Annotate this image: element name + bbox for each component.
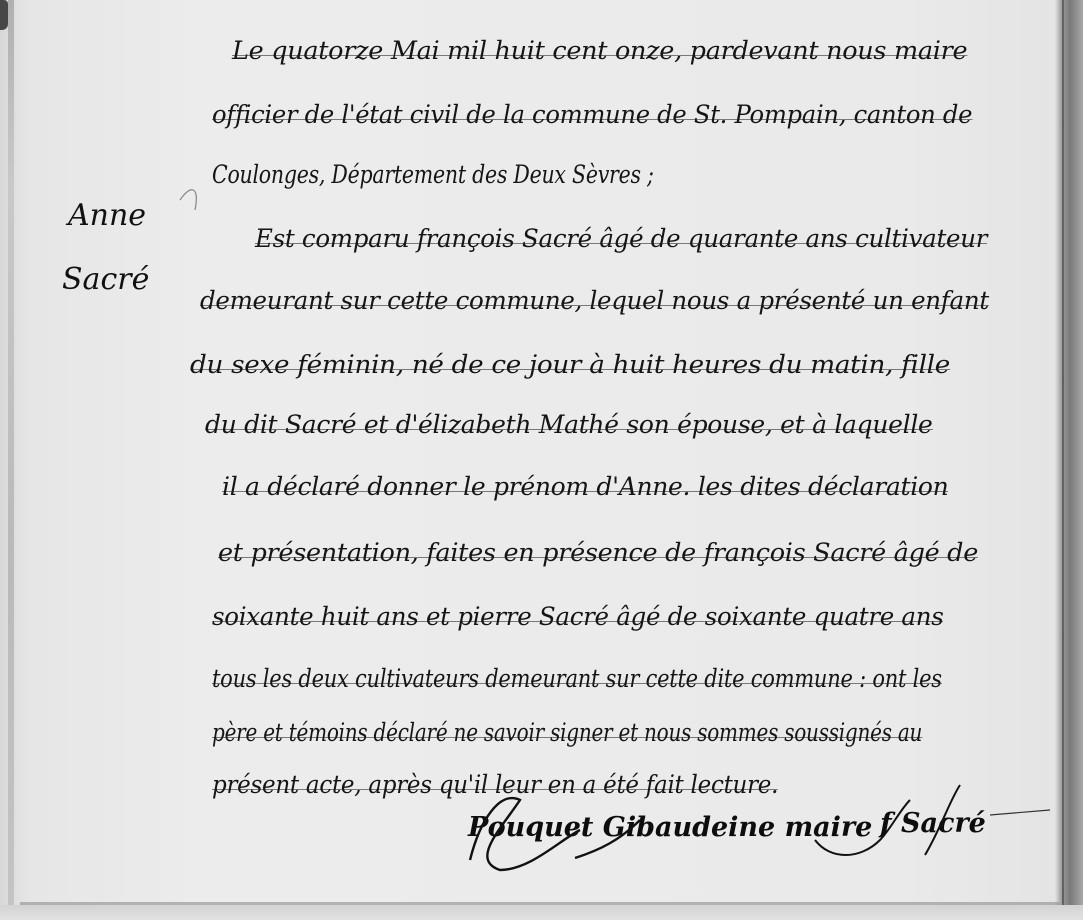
record-line-6: du sexe féminin, né de ce jour à huit he… [190, 350, 950, 379]
record-line-2: officier de l'état civil de la commune d… [212, 100, 972, 129]
next-page-strip [0, 905, 1083, 920]
record-line-13: présent acte, après qu'il leur en a été … [212, 770, 778, 799]
manuscript-page: Anne Sacré Le quatorze Mai mil huit cent… [0, 0, 1083, 920]
record-line-3: Coulonges, Département des Deux Sèvres ; [212, 160, 654, 189]
witness-signature: f Sacré [880, 808, 986, 839]
record-line-4: Est comparu françois Sacré âgé de quaran… [255, 224, 987, 253]
page-binding-edge [1062, 0, 1064, 920]
record-line-10: soixante huit ans et pierre Sacré âgé de… [212, 602, 944, 631]
record-line-11: tous les deux cultivateurs demeurant sur… [212, 664, 942, 693]
mayor-signature: Pouquet Gibaudeine maire [468, 812, 872, 843]
record-line-7: du dit Sacré et d'élizabeth Mathé son ép… [205, 410, 933, 439]
ink-blot [0, 0, 8, 30]
record-line-5: demeurant sur cette commune, lequel nous… [200, 286, 989, 315]
record-line-9: et présentation, faites en présence de f… [218, 538, 978, 567]
record-line-8: il a déclaré donner le prénom d'Anne. le… [222, 472, 948, 501]
margin-name-surname: Sacré [62, 262, 149, 297]
page-left-edge [8, 0, 14, 920]
margin-name-first: Anne [68, 198, 146, 233]
record-line-1: Le quatorze Mai mil huit cent onze, pard… [232, 36, 967, 65]
record-line-12: père et témoins déclaré ne savoir signer… [212, 718, 922, 747]
